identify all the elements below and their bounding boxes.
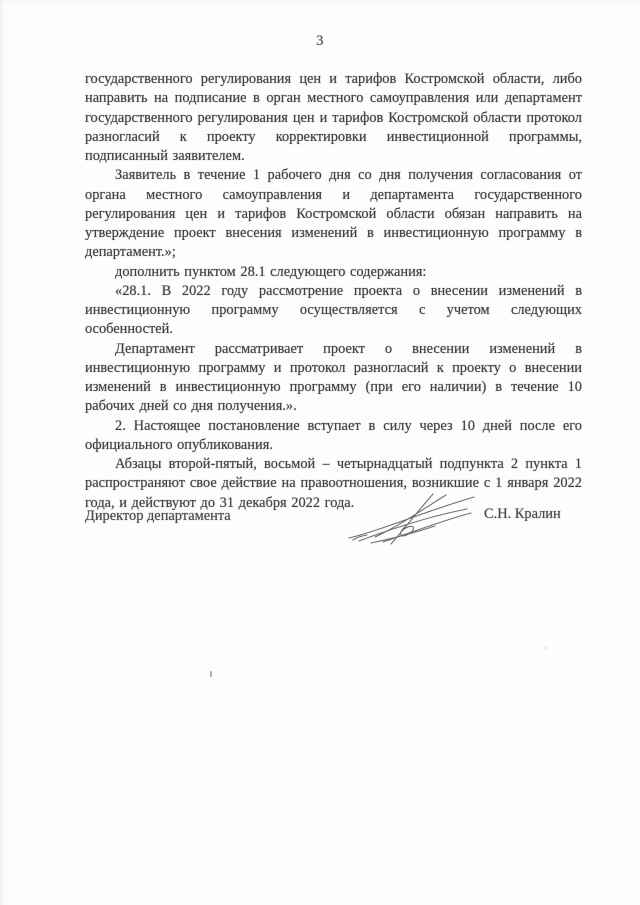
signature-name: С.Н. Кралин xyxy=(484,506,561,523)
paragraph-applicant-duty: Заявитель в течение 1 рабочего дня со дн… xyxy=(85,166,582,262)
paragraph-continuation: государственного регулирования цен и тар… xyxy=(85,70,582,166)
scanned-document-page: 3 государственного регулирования цен и т… xyxy=(0,0,640,905)
page-number: 3 xyxy=(0,33,640,50)
paragraph-department-review: Департамент рассматривает проект о внесе… xyxy=(85,340,582,417)
paragraph-retroactive-effect: Абзацы второй-пятый, восьмой – четырнадц… xyxy=(85,455,582,513)
signature-title: Директор департамента xyxy=(85,508,231,525)
paragraph-clause-28-1: «28.1. В 2022 году рассмотрение проекта … xyxy=(85,282,582,340)
document-body: государственного регулирования цен и тар… xyxy=(85,70,582,513)
paragraph-entry-into-force: 2. Настоящее постановление вступает в си… xyxy=(85,417,582,456)
scan-artifact-speck xyxy=(545,647,547,649)
paragraph-supplement-clause: дополнить пунктом 28.1 следующего содерж… xyxy=(85,263,582,282)
handwritten-signature-icon xyxy=(345,486,480,548)
scan-artifact-speck xyxy=(210,671,212,677)
